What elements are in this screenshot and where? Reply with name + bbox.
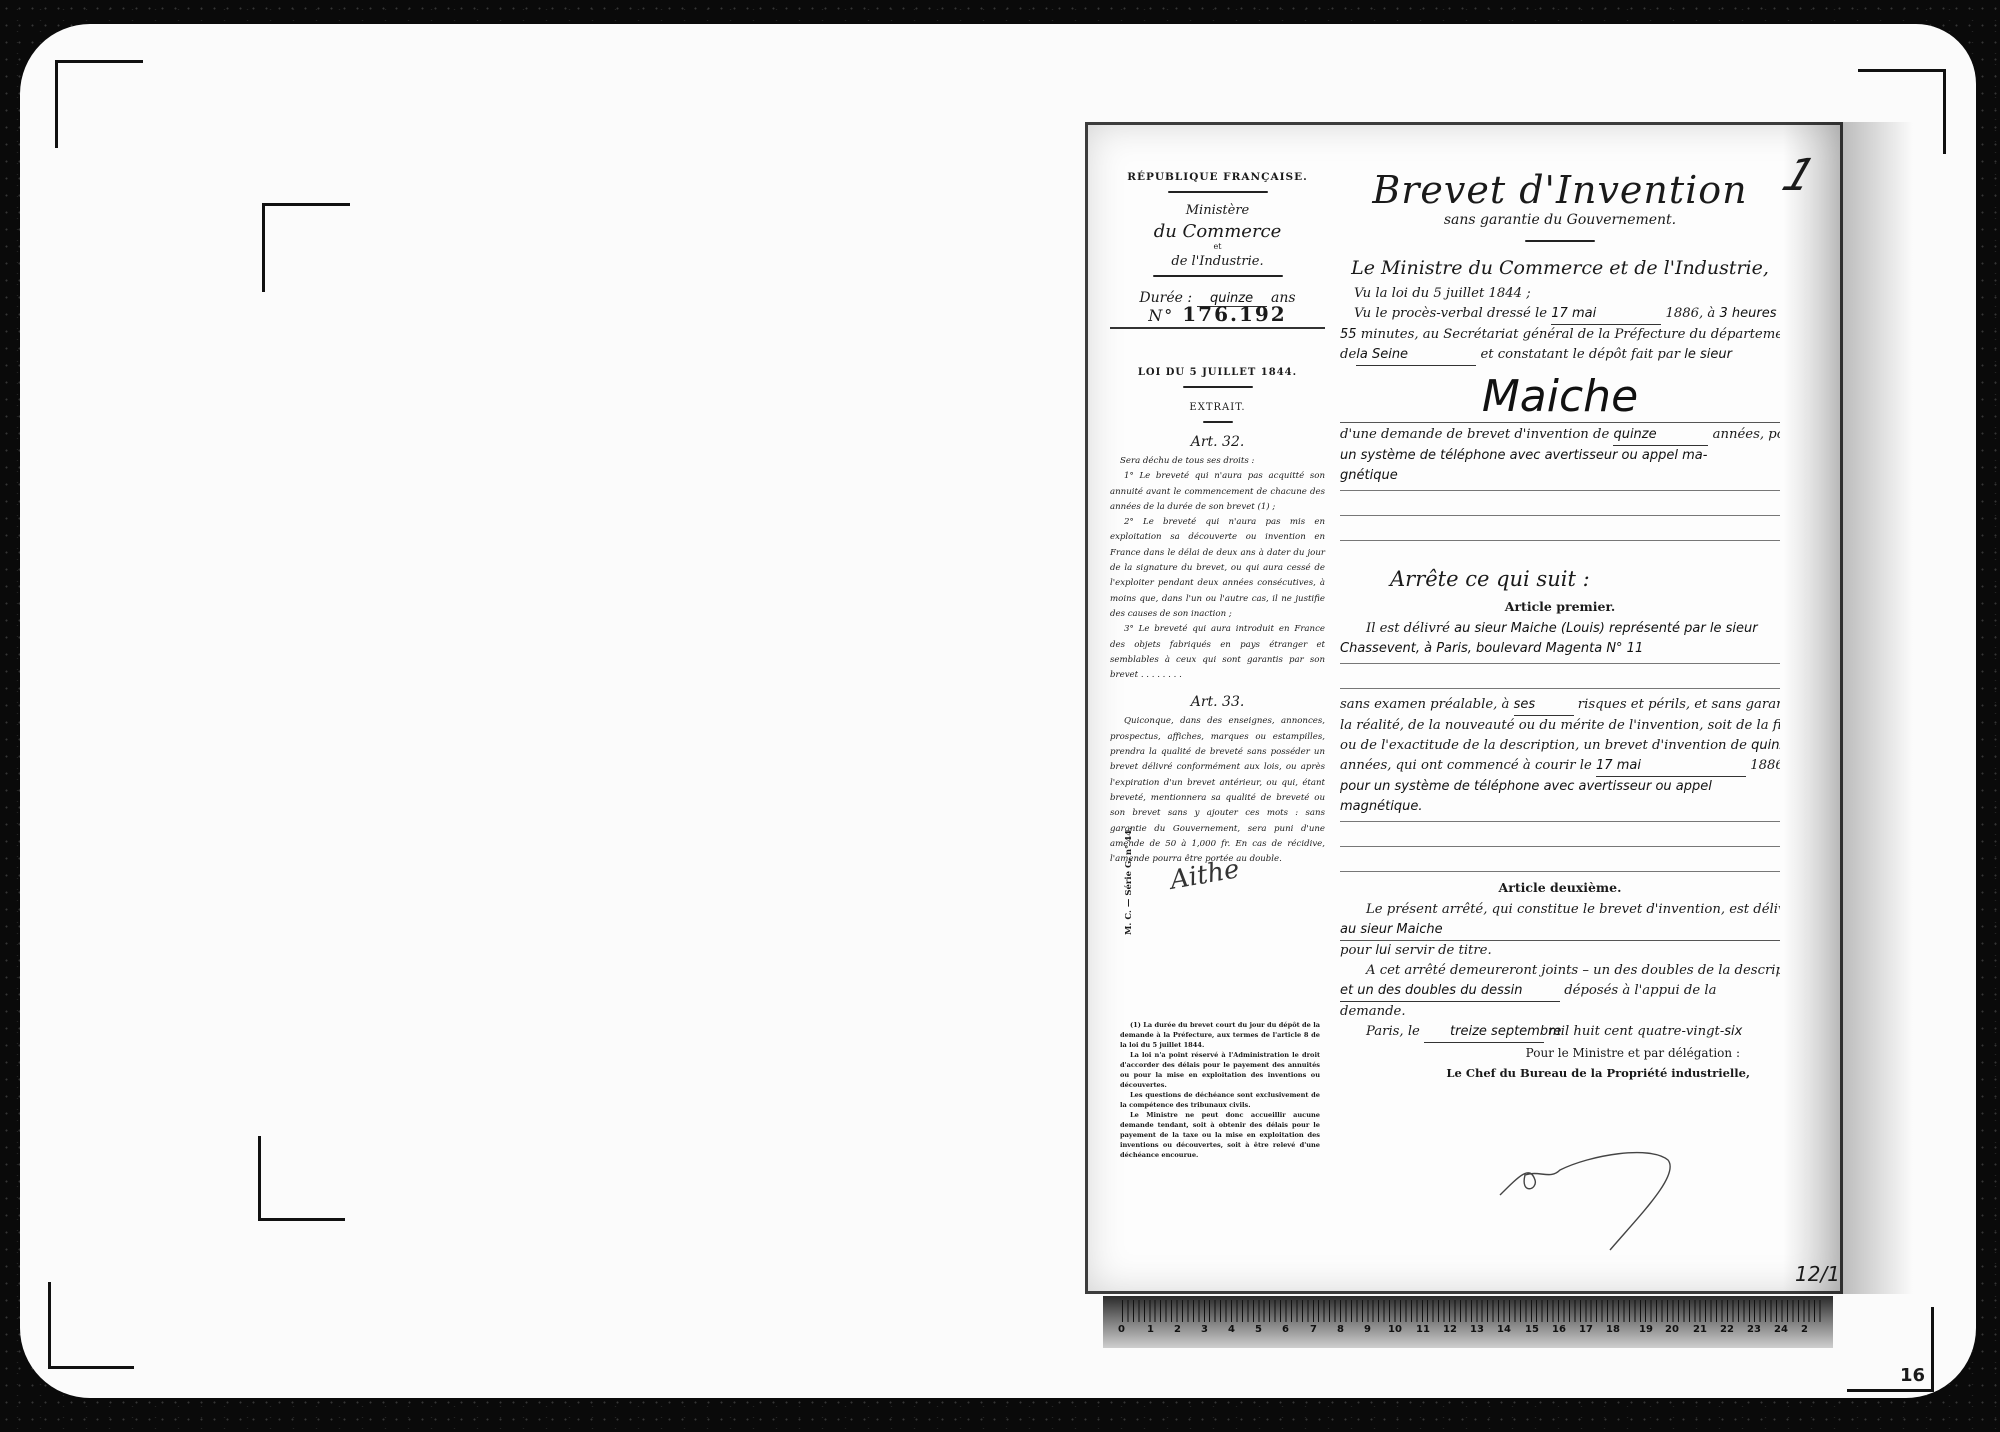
arrete-heading: Arrête ce qui suit :	[1390, 569, 1780, 589]
ornament-divider	[1525, 240, 1595, 242]
document-title: Brevet d'Invention	[1340, 180, 1780, 200]
page-shadow	[1843, 122, 1913, 1294]
filing-hour: 3 heures	[1719, 306, 1776, 321]
ruler-label: 6	[1282, 1324, 1289, 1335]
ruler-label: 20	[1665, 1324, 1679, 1335]
article-1-agent: Chassevent, à Paris, boulevard Magenta N…	[1340, 639, 1780, 664]
ruler-label: 3	[1201, 1324, 1208, 1335]
ruler-label: 14	[1497, 1324, 1511, 1335]
article-33-para-1: Quiconque, dans des enseignes, annonces,…	[1110, 714, 1325, 867]
patent-number: 176.192	[1182, 302, 1286, 326]
minutes-line: 55 minutes, au Secrétariat général de la…	[1340, 325, 1780, 345]
ruler-label: 24	[1774, 1324, 1788, 1335]
signoff-bureau-chief: Le Chef du Bureau de la Propriété indust…	[1340, 1063, 1750, 1083]
ruler-label: 15	[1525, 1324, 1539, 1335]
ruler-label: 21	[1693, 1324, 1707, 1335]
article-2-grantee: au sieur Maiche	[1340, 920, 1780, 941]
article-2-body-4: déposés à l'appui de la	[1564, 983, 1716, 998]
article-1-body-1: sans examen préalable, à ses risques et …	[1340, 695, 1780, 716]
article-1-body-2: la réalité, de la nouveauté ou du mérite…	[1340, 716, 1780, 736]
article-2-body-2b: servir de titre.	[1395, 943, 1492, 958]
ornament-divider	[1153, 275, 1283, 277]
vu-pv-prefix: Vu le procès-verbal dressé le	[1354, 306, 1547, 321]
ruler-label: 11	[1416, 1324, 1430, 1335]
ruler-label: 7	[1310, 1324, 1317, 1335]
folio-number: 12/1	[1795, 1262, 1840, 1286]
demand-years: quinze	[1613, 425, 1708, 446]
ruler-label: 10	[1388, 1324, 1402, 1335]
article-1-grant-line: Il est délivré au sieur Maiche (Louis) r…	[1340, 619, 1780, 639]
ministry-line3: de l'Industrie.	[1110, 254, 1325, 269]
minister-heading: Le Ministre du Commerce et de l'Industri…	[1340, 258, 1780, 278]
patent-body: Brevet d'Invention sans garantie du Gouv…	[1340, 180, 1780, 1083]
signature	[1490, 1135, 1690, 1255]
article-32-para-1: 1° Le breveté qui n'aura pas acquitté so…	[1110, 469, 1325, 515]
ministry-line1: Ministère	[1110, 203, 1325, 218]
article-2-body-1: Le présent arrêté, qui constitue le brev…	[1340, 900, 1780, 920]
article-2-body-3: A cet arrêté demeureront joints – un des…	[1340, 961, 1780, 981]
blank-line	[1340, 847, 1780, 872]
sign-date: treize septembre	[1424, 1022, 1544, 1043]
crop-mark-outer-bottom-left	[48, 1282, 134, 1369]
republic-heading: RÉPUBLIQUE FRANÇAISE.	[1110, 170, 1325, 185]
article-1-body-3: ou de l'exactitude de la description, un…	[1340, 736, 1780, 756]
ruler-label: 4	[1228, 1324, 1235, 1335]
left-column: RÉPUBLIQUE FRANÇAISE. Ministère du Comme…	[1110, 170, 1325, 867]
article-2-attach-line: et un des doubles du dessin déposés à l'…	[1340, 981, 1780, 1002]
ruler-label: 18	[1606, 1324, 1620, 1335]
article-2-body-2a: pour	[1340, 943, 1371, 958]
minutes-text: minutes, au Secrétariat général de la Pr…	[1361, 327, 1780, 342]
department: la Seine	[1356, 345, 1476, 366]
ruler-label: 12	[1443, 1324, 1457, 1335]
extract-heading: EXTRAIT.	[1110, 400, 1325, 415]
article-1-purpose-1: pour un système de téléphone avec averti…	[1340, 777, 1780, 797]
depositor-title: le sieur	[1684, 347, 1732, 362]
article-2-pronoun: lui	[1375, 943, 1390, 958]
footnote-para-3: Les questions de déchéance sont exclusiv…	[1120, 1090, 1320, 1110]
ruler-label: 13	[1470, 1324, 1484, 1335]
article-32-para-3: 3° Le breveté qui aura introduit en Fran…	[1110, 622, 1325, 683]
ruler-ticks	[1122, 1300, 1823, 1322]
article-32-intro: Sera déchu de tous ses droits :	[1110, 454, 1325, 469]
signoff-delegation: Pour le Ministre et par délégation :	[1340, 1043, 1740, 1063]
patent-number-line: N°176.192	[1110, 307, 1325, 323]
article-1-heading: Article premier.	[1340, 597, 1780, 617]
article-1-risk-owner: ses	[1514, 695, 1574, 716]
article-2-body-3a: A cet arrêté demeureront	[1366, 963, 1537, 978]
department-line: dela Seine et constatant le dépôt fait p…	[1340, 345, 1780, 366]
sign-year-text: mil huit cent quatre-vingt-	[1548, 1024, 1724, 1039]
blank-line	[1340, 516, 1780, 541]
ministry-line2: du Commerce	[1110, 224, 1325, 239]
document-subtitle: sans garantie du Gouvernement.	[1340, 210, 1780, 230]
article-1-body-3-text: ou de l'exactitude de la description, un…	[1340, 738, 1747, 753]
filing-date: 17 mai	[1551, 304, 1661, 325]
article-1-year: 1886,	[1750, 758, 1780, 773]
demand-prefix: d'une demande de brevet d'invention de	[1340, 427, 1609, 442]
article-32-title: Art. 32.	[1110, 435, 1325, 450]
law-heading: LOI DU 5 JUILLET 1844.	[1110, 365, 1325, 380]
article-1-body-4-text: années, qui ont commencé à courir le	[1340, 758, 1592, 773]
ruler-label: 9	[1364, 1324, 1371, 1335]
ornament-divider	[1203, 421, 1233, 423]
article-33-text: Quiconque, dans des enseignes, annonces,…	[1110, 714, 1325, 867]
number-label: N°	[1148, 306, 1174, 325]
series-code: M. C. — Série G, n° 44.	[1124, 827, 1134, 935]
ruler-label: 2	[1801, 1324, 1808, 1335]
filing-year: 1886, à	[1665, 306, 1715, 321]
measurement-ruler: 0 1 2 3 4 5 6 7 8 9 10 11 12 13 14 15 16…	[1103, 1296, 1833, 1348]
ruler-label: 22	[1720, 1324, 1734, 1335]
footnote-para-4: Le Ministre ne peut donc accueillir aucu…	[1120, 1110, 1320, 1160]
sign-year-handwritten: six	[1724, 1024, 1742, 1039]
sheet-number: 16	[1900, 1365, 1925, 1386]
ruler-label: 17	[1579, 1324, 1593, 1335]
article-1-prefix: Il est délivré	[1366, 621, 1450, 636]
article-2-heading: Article deuxième.	[1340, 878, 1780, 898]
vu-loi: Vu la loi du 5 juillet 1844 ;	[1340, 284, 1780, 304]
ruler-label: 16	[1552, 1324, 1566, 1335]
sign-date-line: Paris, le treize septembre mil huit cent…	[1340, 1022, 1780, 1043]
ruler-label: 8	[1337, 1324, 1344, 1335]
ministry-and: et	[1110, 239, 1325, 254]
article-1-body-1b: risques et périls, et sans garantie, soi…	[1578, 697, 1780, 712]
blank-line	[1340, 822, 1780, 847]
crop-mark-outer-top-left	[55, 60, 143, 148]
ruler-label: 2	[1174, 1324, 1181, 1335]
place-prefix: Paris, le	[1366, 1024, 1420, 1039]
applicant-name: Maiche	[1340, 372, 1780, 423]
ornament-divider	[1168, 191, 1268, 193]
crop-mark-inner-bottom-left	[258, 1136, 345, 1221]
article-1-grantee: au sieur Maiche (Louis) représenté par l…	[1454, 621, 1757, 636]
ruler-label: 5	[1255, 1324, 1262, 1335]
filing-minutes: 55	[1340, 327, 1357, 342]
deposit-text: et constatant le dépôt fait par	[1480, 347, 1680, 362]
vu-proces-verbal: Vu le procès-verbal dressé le 17 mai 188…	[1340, 304, 1780, 325]
article-33-title: Art. 33.	[1110, 695, 1325, 710]
article-1-body-4: années, qui ont commencé à courir le 17 …	[1340, 756, 1780, 777]
invention-line-1: un système de téléphone avec avertisseur…	[1340, 446, 1780, 466]
ornament-divider	[1183, 386, 1253, 388]
crop-mark-inner-top-left	[262, 203, 350, 292]
blank-line	[1340, 491, 1780, 516]
blank-line	[1340, 664, 1780, 689]
article-32-para-2: 2° Le breveté qui n'aura pas mis en expl…	[1110, 515, 1325, 622]
article-32-text: Sera déchu de tous ses droits : 1° Le br…	[1110, 454, 1325, 683]
article-2-attachment: et un des doubles du dessin	[1340, 981, 1560, 1002]
ruler-label: 19	[1639, 1324, 1653, 1335]
footnote: (1) La durée du brevet court du jour du …	[1120, 1020, 1320, 1160]
article-1-years: quinze	[1751, 738, 1780, 753]
ruler-label: 1	[1147, 1324, 1154, 1335]
ruler-label: 23	[1747, 1324, 1761, 1335]
divider	[1110, 327, 1325, 329]
article-2-body-2: pour lui servir de titre.	[1340, 941, 1780, 961]
article-1-body-1a: sans examen préalable, à	[1340, 697, 1509, 712]
demand-line: d'une demande de brevet d'invention de q…	[1340, 425, 1780, 446]
article-2-body-3b: joints – un des doubles de la descriptio…	[1541, 963, 1780, 978]
footnote-para-1: (1) La durée du brevet court du jour du …	[1120, 1020, 1320, 1050]
article-1-purpose-2: magnétique.	[1340, 797, 1780, 822]
article-1-start-date: 17 mai	[1596, 756, 1746, 777]
footnote-para-2: La loi n'a point réservé à l'Administrat…	[1120, 1050, 1320, 1090]
article-2-body-5: demande.	[1340, 1002, 1780, 1022]
department-prefix: de	[1340, 347, 1356, 362]
invention-line-2: gnétique	[1340, 466, 1780, 491]
ruler-label: 0	[1118, 1324, 1125, 1335]
demand-suffix: années, pour	[1713, 427, 1780, 442]
